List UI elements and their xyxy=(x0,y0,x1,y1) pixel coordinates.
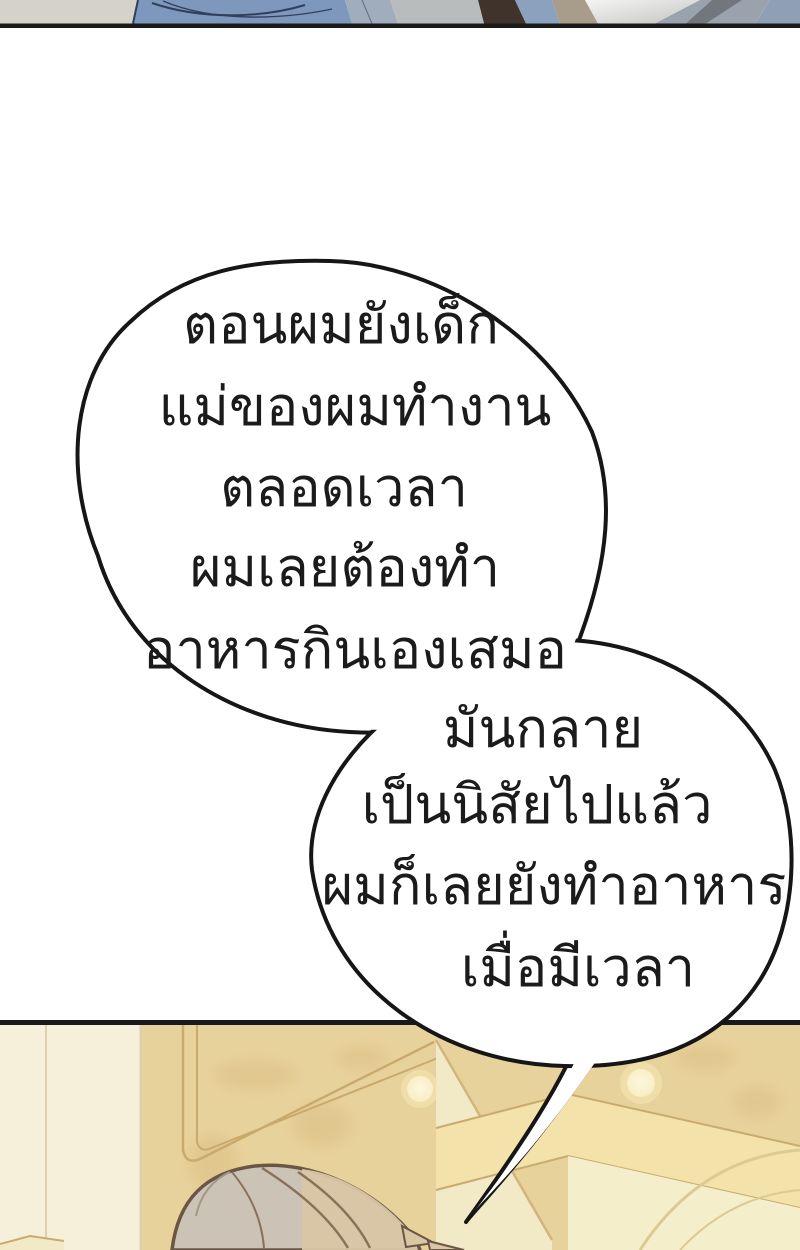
bubble-text-line: มันกลาย xyxy=(443,689,643,769)
prev-panel-wall xyxy=(390,0,484,24)
bubble-text-line: เป็นนิสัยไปแล้ว xyxy=(362,765,713,845)
panel-border-top xyxy=(0,24,800,29)
left-wall xyxy=(0,1020,142,1250)
bubble-text-line: เมื่อมีเวลา xyxy=(461,928,695,1008)
ceiling-light-left xyxy=(401,1070,439,1108)
previous-panel-strip xyxy=(0,0,800,28)
room-panel xyxy=(0,1020,800,1250)
webtoon-page: ตอนผมยังเด็ก แม่ของผมทำงาน ตลอดเวลา ผมเล… xyxy=(0,0,800,1250)
bubble-text-line: ตลอดเวลา xyxy=(220,448,468,528)
bubble-text-line: อาหารกินเองเสมอ xyxy=(143,610,567,690)
bubble-text-line: ตอนผมยังเด็ก xyxy=(183,285,499,365)
prev-panel-sleeve xyxy=(345,0,398,24)
bubble-text-line: แม่ของผมทำงาน xyxy=(159,367,552,447)
bubble-text-line: ผมก็เลยยังทำอาหาร xyxy=(322,846,787,926)
panel-border-bottom-panel xyxy=(0,1020,800,1025)
ceiling-light-right xyxy=(620,1062,662,1104)
prev-panel-floor xyxy=(0,0,138,24)
bubble-text-line: ผมเลยต้องทำ xyxy=(190,528,500,608)
